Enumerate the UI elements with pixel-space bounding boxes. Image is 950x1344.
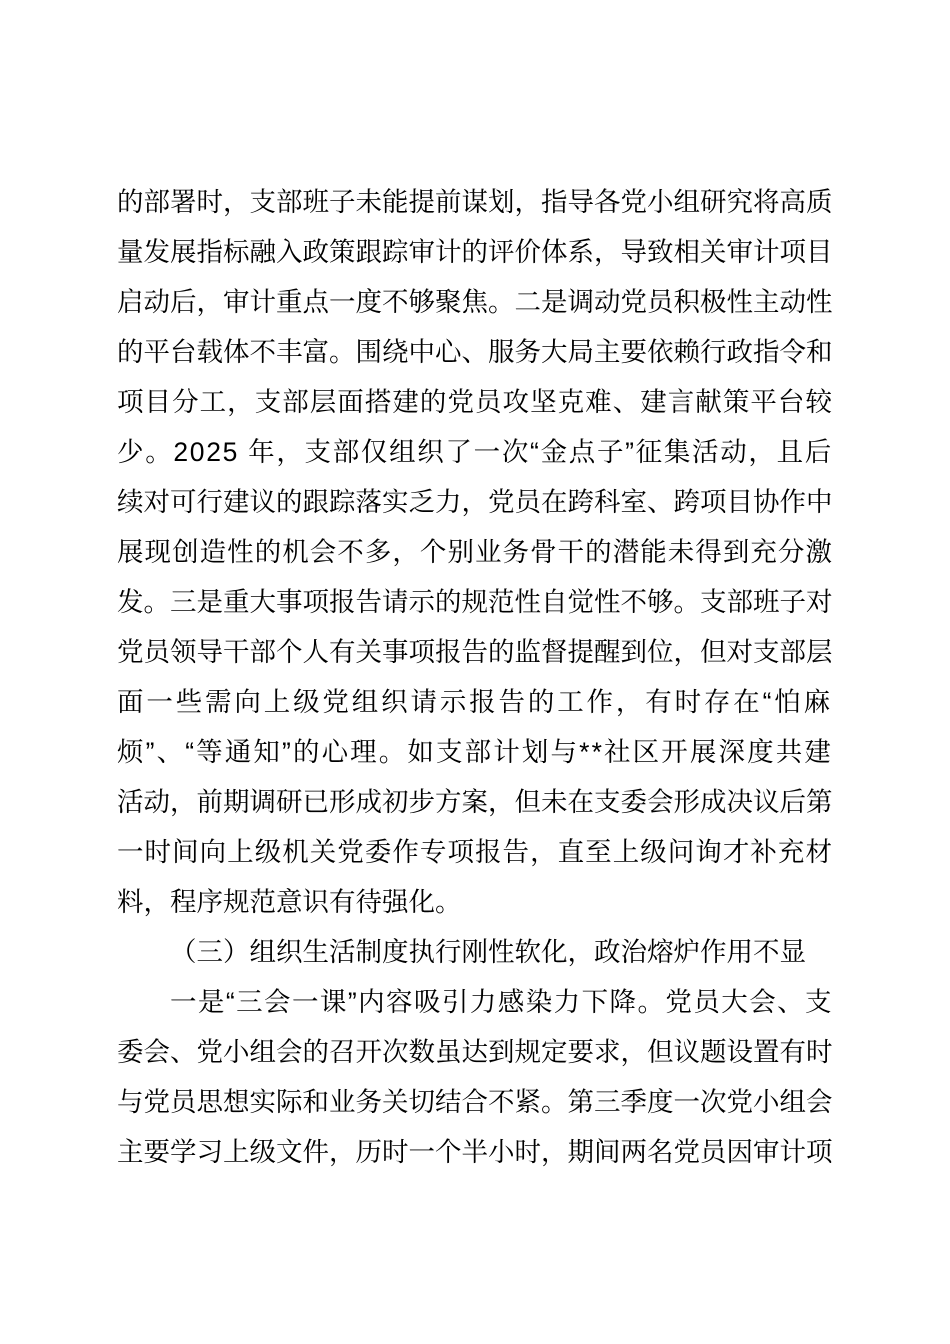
text-line: 量发展指标融入政策跟踪审计的评价体系，导致相关审计项目	[117, 227, 833, 277]
text-line-content: 一时间向上级机关党委作专项报告，直至上级问询才补充材	[117, 837, 833, 867]
text-line-content: 料，程序规范意识有待强化。	[117, 887, 462, 917]
text-line: 面一些需向上级党组织请示报告的工作，有时存在“怕麻	[117, 677, 833, 727]
text-line: 续对可行建议的跟踪落实乏力，党员在跨科室、跨项目协作中	[117, 477, 833, 527]
text-line: 党员领导干部个人有关事项报告的监督提醒到位，但对支部层	[117, 627, 833, 677]
text-line: 活动，前期调研已形成初步方案，但未在支委会形成决议后第	[117, 777, 833, 827]
text-line-content: 的平台载体不丰富。围绕中心、服务大局主要依赖行政指令和	[117, 337, 833, 367]
text-line-content: 展现创造性的机会不多，个别业务骨干的潜能未得到充分激	[117, 537, 833, 567]
text-line: 启动后，审计重点一度不够聚焦。二是调动党员积极性主动性	[117, 277, 833, 327]
text-line-content: 烦”、“等通知”的心理。如支部计划与**社区开展深度共建	[117, 737, 833, 767]
text-line: 一是“三会一课”内容吸引力感染力下降。党员大会、支	[117, 977, 833, 1027]
text-line-content: 与党员思想实际和业务关切结合不紧。第三季度一次党小组会	[117, 1087, 833, 1117]
text-line: 展现创造性的机会不多，个别业务骨干的潜能未得到充分激	[117, 527, 833, 577]
document-text-block: 的部署时，支部班子未能提前谋划，指导各党小组研究将高质 量发展指标融入政策跟踪审…	[117, 177, 833, 1177]
text-line: 委会、党小组会的召开次数虽达到规定要求，但议题设置有时	[117, 1027, 833, 1077]
text-line-content: 少。2025 年，支部仅组织了一次“金点子”征集活动，且后	[117, 437, 833, 467]
text-line: 的部署时，支部班子未能提前谋划，指导各党小组研究将高质	[117, 177, 833, 227]
text-line-content: 续对可行建议的跟踪落实乏力，党员在跨科室、跨项目协作中	[117, 487, 833, 517]
section-heading-text: （三）组织生活制度执行刚性软化，政治熔炉作用不显	[170, 937, 806, 967]
text-line: 项目分工，支部层面搭建的党员攻坚克难、建言献策平台较	[117, 377, 833, 427]
text-line-content: 主要学习上级文件，历时一个半小时，期间两名党员因审计项	[117, 1137, 833, 1167]
text-line-content: 的部署时，支部班子未能提前谋划，指导各党小组研究将高质	[117, 187, 833, 217]
paragraph-end-line: 料，程序规范意识有待强化。	[117, 877, 833, 927]
text-line-content: 活动，前期调研已形成初步方案，但未在支委会形成决议后第	[117, 787, 833, 817]
text-line: 少。2025 年，支部仅组织了一次“金点子”征集活动，且后	[117, 427, 833, 477]
text-line: 与党员思想实际和业务关切结合不紧。第三季度一次党小组会	[117, 1077, 833, 1127]
section-heading: （三）组织生活制度执行刚性软化，政治熔炉作用不显	[117, 927, 833, 977]
text-line: 一时间向上级机关党委作专项报告，直至上级问询才补充材	[117, 827, 833, 877]
text-line: 主要学习上级文件，历时一个半小时，期间两名党员因审计项	[117, 1127, 833, 1177]
text-line-content: 项目分工，支部层面搭建的党员攻坚克难、建言献策平台较	[117, 387, 833, 417]
text-line-content: 启动后，审计重点一度不够聚焦。二是调动党员积极性主动性	[117, 287, 833, 317]
text-line-content: 量发展指标融入政策跟踪审计的评价体系，导致相关审计项目	[117, 237, 833, 267]
text-line-content: 党员领导干部个人有关事项报告的监督提醒到位，但对支部层	[117, 637, 833, 667]
text-line-content: 面一些需向上级党组织请示报告的工作，有时存在“怕麻	[117, 687, 833, 717]
text-line: 烦”、“等通知”的心理。如支部计划与**社区开展深度共建	[117, 727, 833, 777]
document-page: 的部署时，支部班子未能提前谋划，指导各党小组研究将高质 量发展指标融入政策跟踪审…	[0, 0, 950, 1344]
text-line: 发。三是重大事项报告请示的规范性自觉性不够。支部班子对	[117, 577, 833, 627]
text-line: 的平台载体不丰富。围绕中心、服务大局主要依赖行政指令和	[117, 327, 833, 377]
text-line-content: 委会、党小组会的召开次数虽达到规定要求，但议题设置有时	[117, 1037, 833, 1067]
text-line-content: 一是“三会一课”内容吸引力感染力下降。党员大会、支	[170, 987, 833, 1017]
text-line-content: 发。三是重大事项报告请示的规范性自觉性不够。支部班子对	[117, 587, 833, 617]
